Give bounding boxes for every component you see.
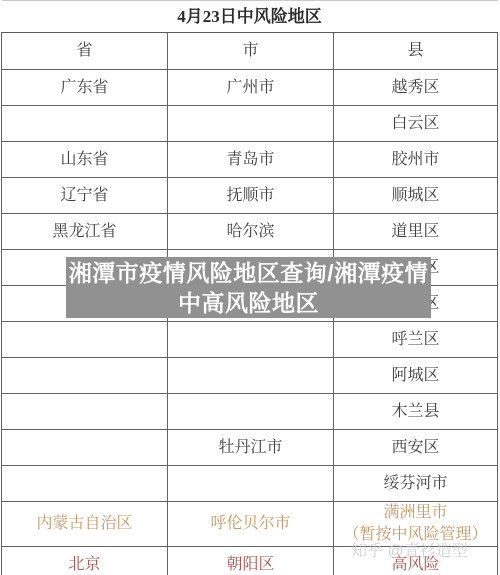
cell-city: 哈尔滨 xyxy=(168,214,334,250)
table-row: 阿城区 xyxy=(2,358,498,394)
cell-province: 内蒙古自治区 xyxy=(2,502,168,547)
cell-province: 山东省 xyxy=(2,142,168,178)
table-row: 牡丹江市西安区 xyxy=(2,430,498,466)
cell-county: 满洲里市 （暂按中风险管理） xyxy=(334,502,498,547)
cell-county: 越秀区 xyxy=(334,70,498,106)
cell-city: 青岛市 xyxy=(168,142,334,178)
cell-province: 北京 xyxy=(2,547,168,575)
cell-county: 顺城区 xyxy=(334,178,498,214)
cell-city xyxy=(168,322,334,358)
cell-city: 朝阳区 xyxy=(168,547,334,575)
table-title-row: 4月23日中风险地区 xyxy=(2,1,498,33)
table-title: 4月23日中风险地区 xyxy=(2,1,498,33)
cell-province xyxy=(2,466,168,502)
column-header-city: 市 xyxy=(168,33,334,70)
cell-city xyxy=(168,394,334,430)
table-row: 木兰县 xyxy=(2,394,498,430)
cell-county: 道里区 xyxy=(334,214,498,250)
cell-province xyxy=(2,430,168,466)
cell-province: 广东省 xyxy=(2,70,168,106)
cell-province xyxy=(2,322,168,358)
table-row: 黑龙江省哈尔滨道里区 xyxy=(2,214,498,250)
table-row: 北京朝阳区高风险 xyxy=(2,547,498,575)
cell-city: 广州市 xyxy=(168,70,334,106)
cell-province xyxy=(2,106,168,142)
article-image: 4月23日中风险地区 省 市 县 广东省广州市越秀区白云区山东省青岛市胶州市辽宁… xyxy=(0,0,500,575)
table-row: 内蒙古自治区呼伦贝尔市满洲里市 （暂按中风险管理） xyxy=(2,502,498,547)
cell-city: 牡丹江市 xyxy=(168,430,334,466)
cell-county: 白云区 xyxy=(334,106,498,142)
cell-city xyxy=(168,466,334,502)
cell-county: 呼兰区 xyxy=(334,322,498,358)
cell-city xyxy=(168,106,334,142)
table-row: 绥芬河市 xyxy=(2,466,498,502)
table-row: 山东省青岛市胶州市 xyxy=(2,142,498,178)
cell-county: 绥芬河市 xyxy=(334,466,498,502)
cell-county: 阿城区 xyxy=(334,358,498,394)
table-row: 呼兰区 xyxy=(2,322,498,358)
cell-province xyxy=(2,358,168,394)
cell-province: 辽宁省 xyxy=(2,178,168,214)
headline-text: 湘潭市疫情风险地区查询/湘潭疫情 中高风险地区 xyxy=(69,258,428,318)
headline-overlay: 湘潭市疫情风险地区查询/湘潭疫情 中高风险地区 xyxy=(66,257,431,318)
table-row: 广东省广州市越秀区 xyxy=(2,70,498,106)
cell-city: 呼伦贝尔市 xyxy=(168,502,334,547)
table-row: 白云区 xyxy=(2,106,498,142)
cell-county: 胶州市 xyxy=(334,142,498,178)
cell-county: 西安区 xyxy=(334,430,498,466)
table-header-row: 省 市 县 xyxy=(2,33,498,70)
table-row: 辽宁省抚顺市顺城区 xyxy=(2,178,498,214)
cell-county: 高风险 xyxy=(334,547,498,575)
cell-province: 黑龙江省 xyxy=(2,214,168,250)
cell-city xyxy=(168,358,334,394)
column-header-county: 县 xyxy=(334,33,498,70)
cell-province xyxy=(2,394,168,430)
cell-county: 木兰县 xyxy=(334,394,498,430)
column-header-province: 省 xyxy=(2,33,168,70)
cell-city: 抚顺市 xyxy=(168,178,334,214)
